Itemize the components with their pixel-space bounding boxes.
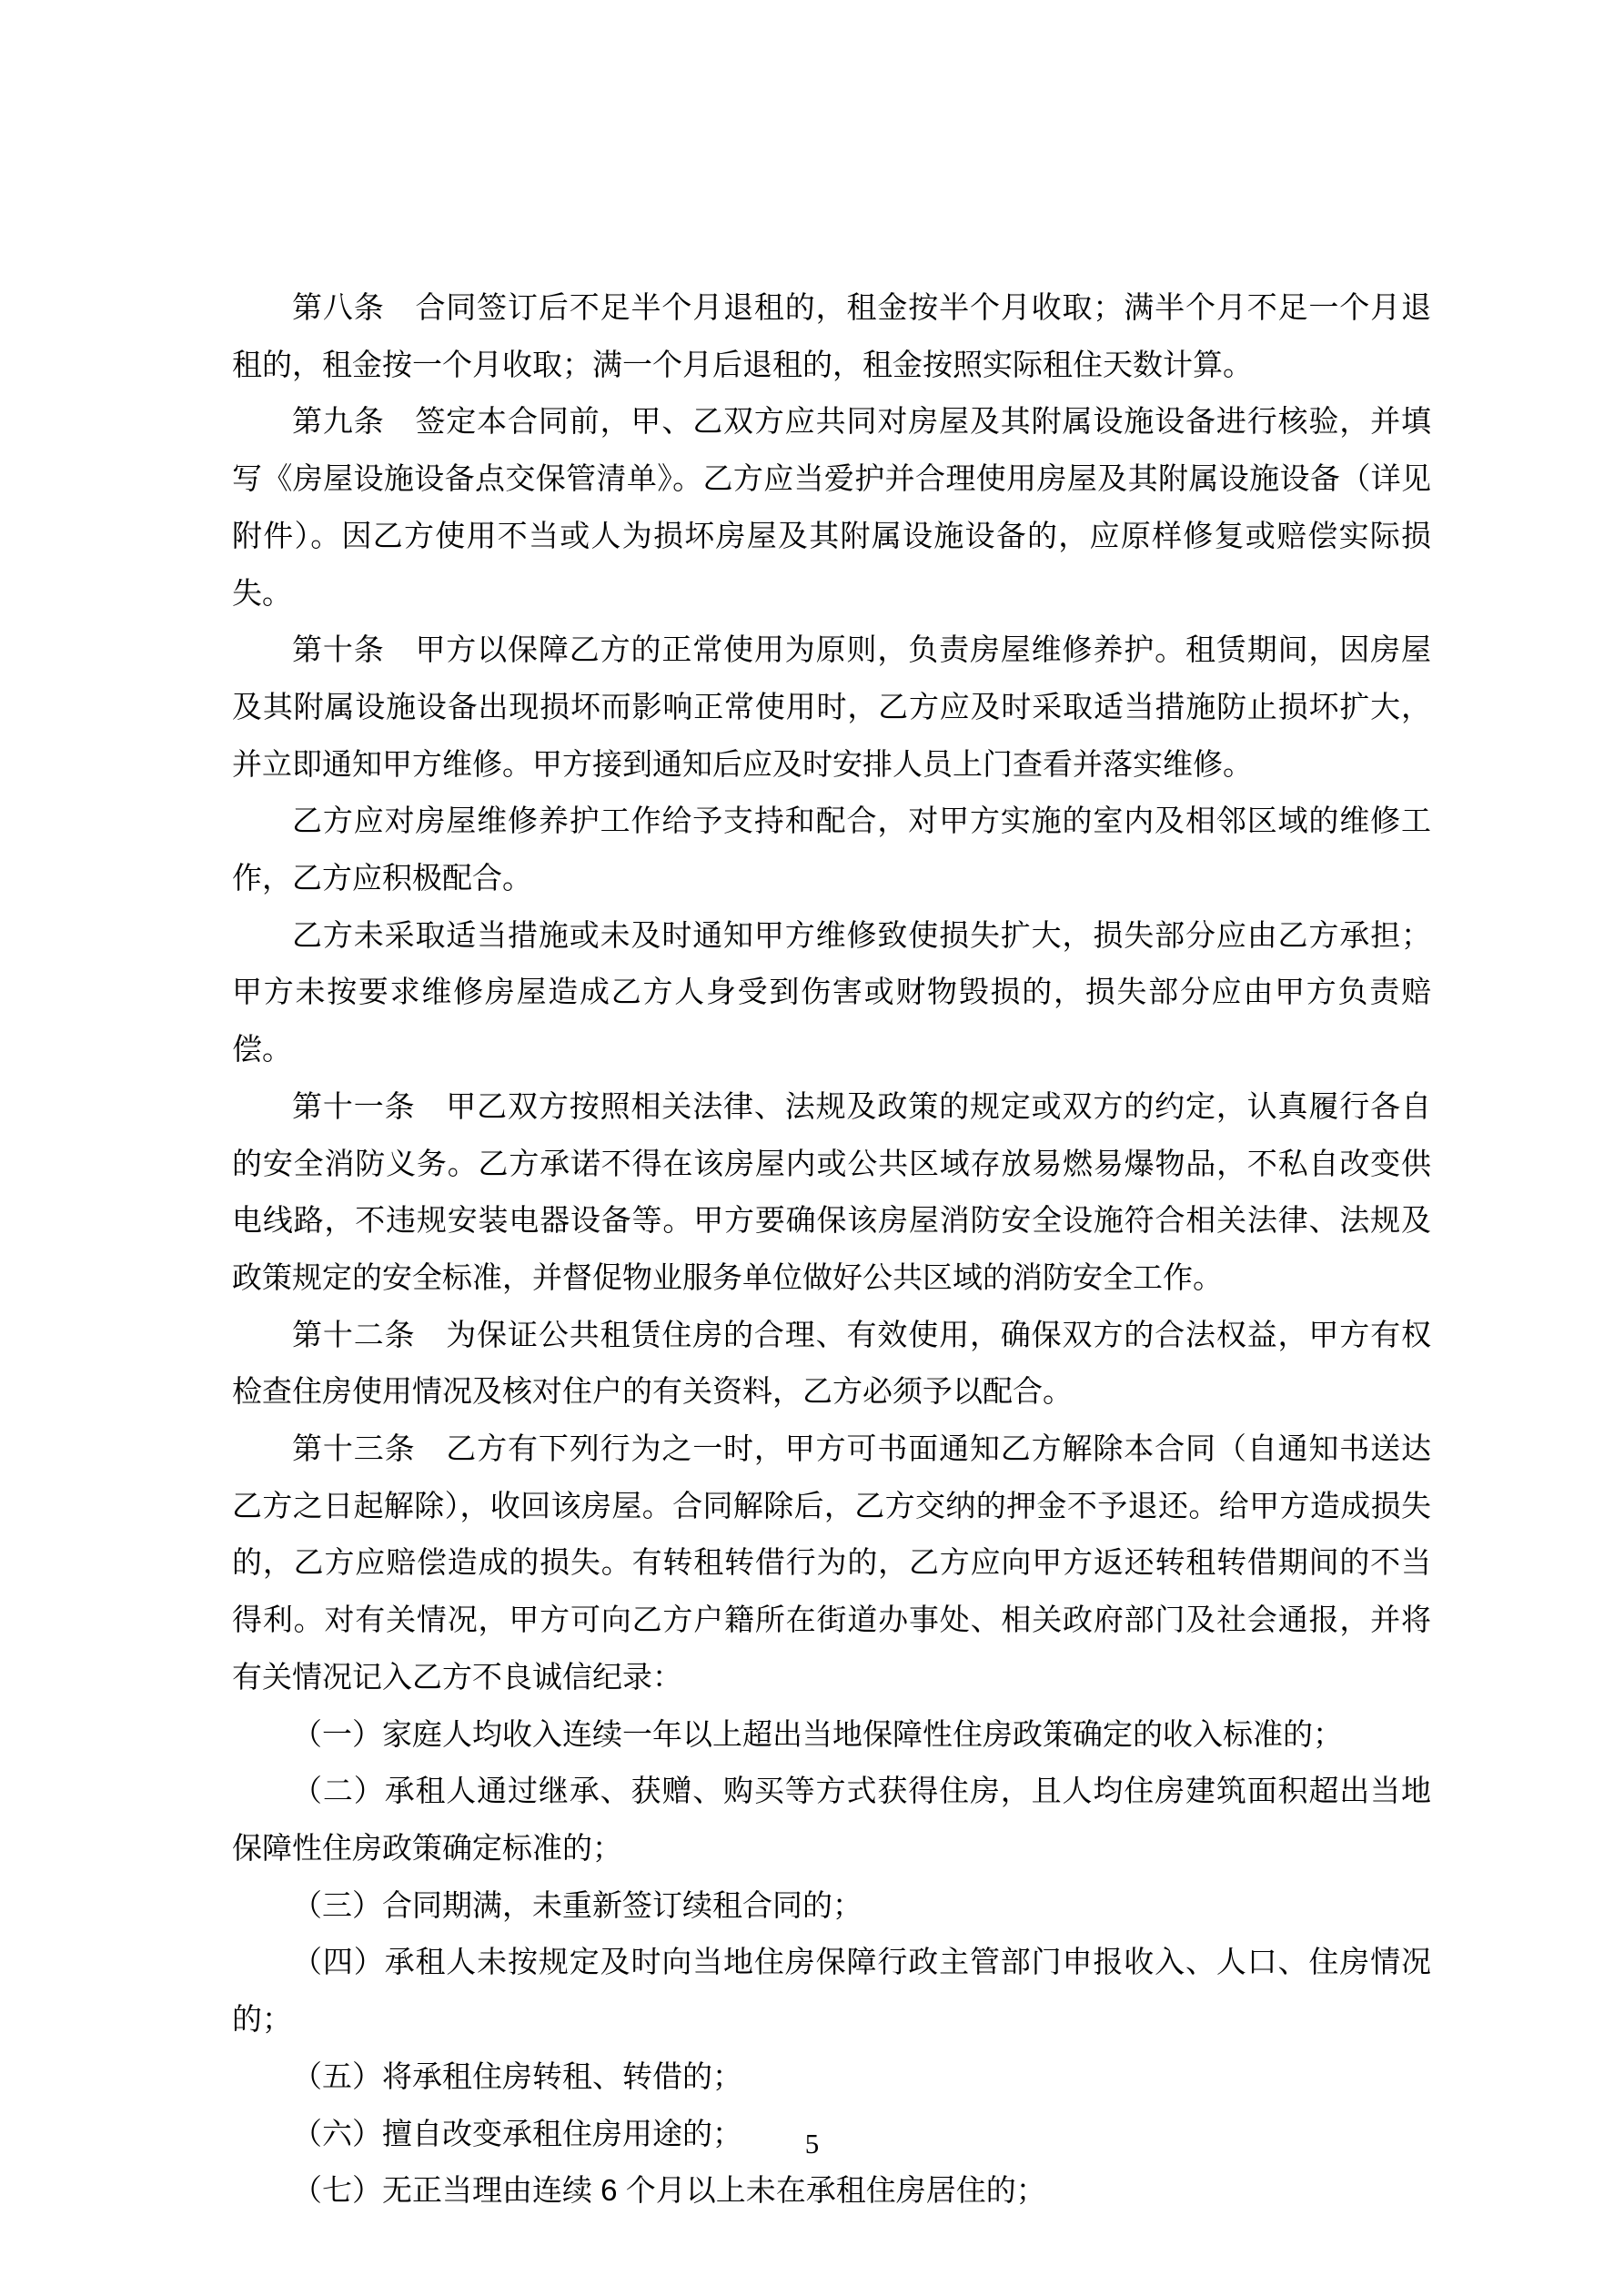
contract-paragraph: 第十三条 乙方有下列行为之一时，甲方可书面通知乙方解除本合同（自通知书送达乙方之… xyxy=(232,1421,1431,1706)
contract-paragraph: 第八条 合同签订后不足半个月退租的，租金按半个月收取；满半个月不足一个月退租的，… xyxy=(232,279,1431,393)
contract-document-page: 第八条 合同签订后不足半个月退租的，租金按半个月收取；满半个月不足一个月退租的，… xyxy=(0,0,1624,2296)
contract-paragraph: （四）承租人未按规定及时向当地住房保障行政主管部门申报收入、人口、住房情况的； xyxy=(232,1934,1431,2048)
contract-paragraph: 乙方未采取适当措施或未及时通知甲方维修致使损失扩大，损失部分应由乙方承担；甲方未… xyxy=(232,907,1431,1078)
contract-body: 第八条 合同签订后不足半个月退租的，租金按半个月收取；满半个月不足一个月退租的，… xyxy=(232,279,1431,2220)
contract-paragraph: 第十条 甲方以保障乙方的正常使用为原则，负责房屋维修养护。租赁期间，因房屋及其附… xyxy=(232,622,1431,793)
contract-paragraph: 第九条 签定本合同前，甲、乙双方应共同对房屋及其附属设施设备进行核验，并填写《房… xyxy=(232,393,1431,622)
contract-paragraph: 第十二条 为保证公共租赁住房的合理、有效使用，确保双方的合法权益，甲方有权检查住… xyxy=(232,1307,1431,1421)
contract-paragraph: （一）家庭人均收入连续一年以上超出当地保障性住房政策确定的收入标准的； xyxy=(232,1706,1431,1764)
contract-paragraph: 乙方应对房屋维修养护工作给予支持和配合，对甲方实施的室内及相邻区域的维修工作，乙… xyxy=(232,793,1431,906)
contract-paragraph: （三）合同期满，未重新签订续租合同的； xyxy=(232,1877,1431,1935)
contract-paragraph: （五）将承租住房转租、转借的； xyxy=(232,2048,1431,2106)
page-number: 5 xyxy=(0,2128,1624,2160)
contract-paragraph: （二）承租人通过继承、获赠、购买等方式获得住房，且人均住房建筑面积超出当地保障性… xyxy=(232,1763,1431,1876)
contract-paragraph: （七）无正当理由连续 6 个月以上未在承租住房居住的； xyxy=(232,2162,1431,2220)
contract-paragraph: 第十一条 甲乙双方按照相关法律、法规及政策的规定或双方的约定，认真履行各自的安全… xyxy=(232,1078,1431,1307)
